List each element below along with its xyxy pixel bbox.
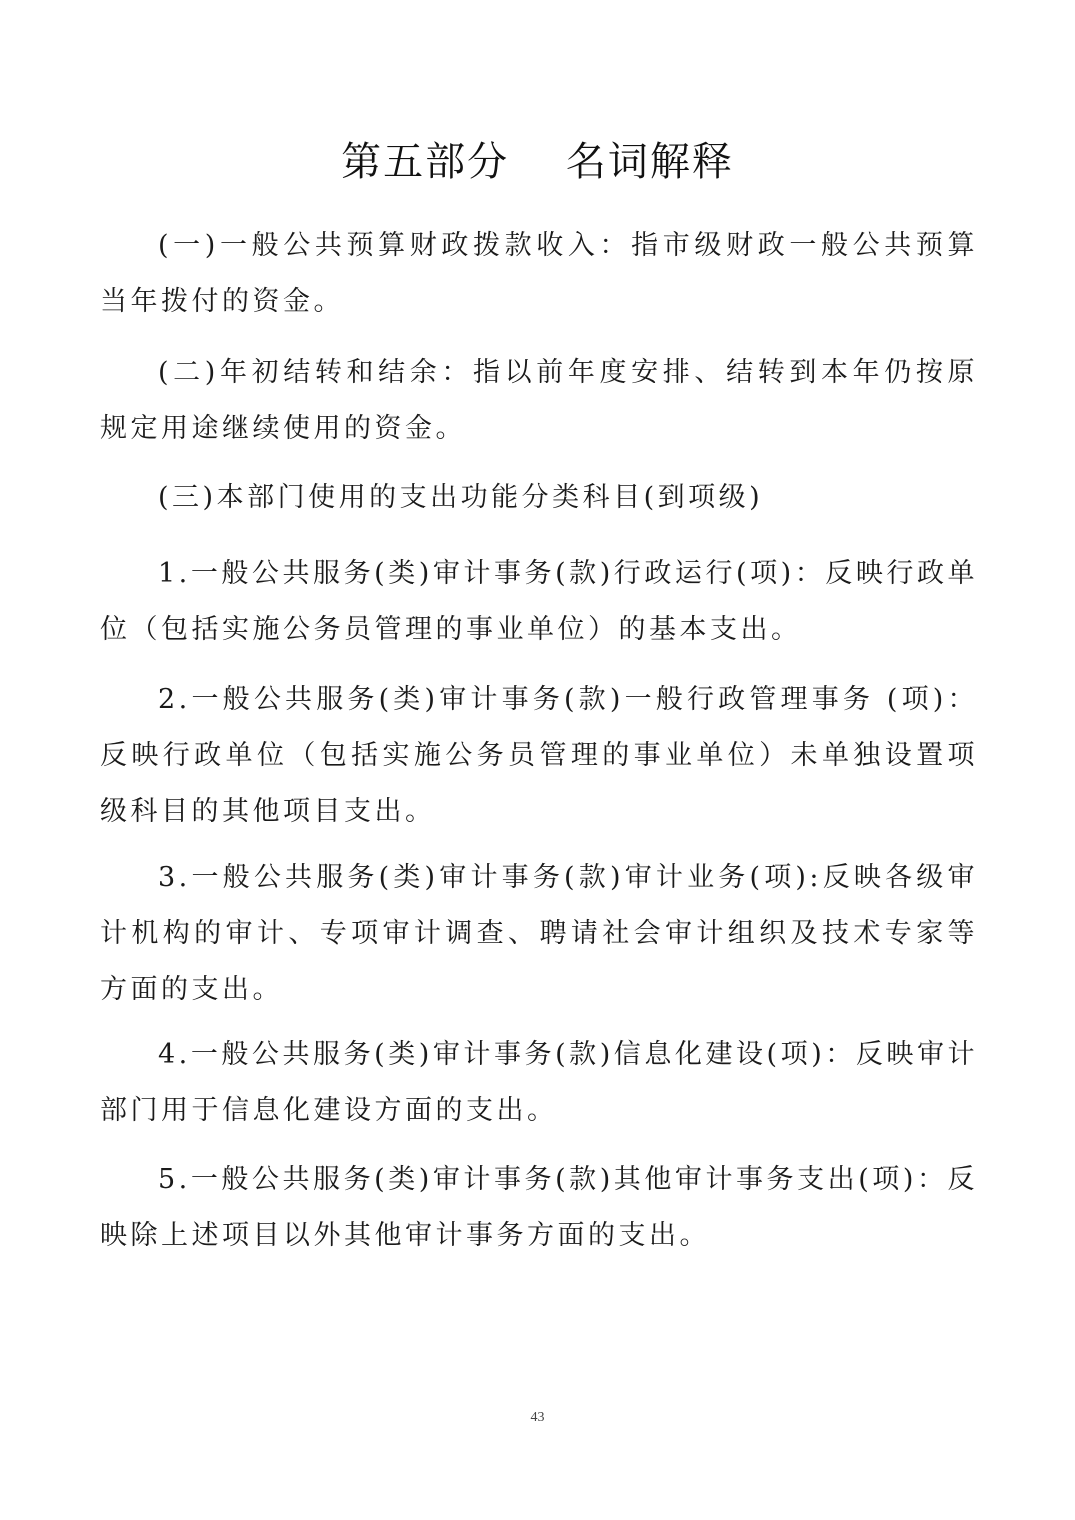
page-title: 第五部分 名词解释 [0,130,1075,187]
paragraph-item-2-general-admin-affairs: 2.一般公共服务(类)审计事务(款)一般行政管理事务 (项)：反映行政单位（包括… [100,672,978,840]
paragraph-general-budget-income: (一)一般公共预算财政拨款收入：指市级财政一般公共预算当年拨付的资金。 [100,218,978,330]
page-number: 43 [0,1410,1075,1426]
paragraph-item-4-informatization: 4.一般公共服务(类)审计事务(款)信息化建设(项)：反映审计部门用于信息化建设… [100,1027,978,1139]
paragraph-item-5-other-audit-expenditure: 5.一般公共服务(类)审计事务(款)其他审计事务支出(项)：反映除上述项目以外其… [100,1152,978,1264]
document-page: 第五部分 名词解释 (一)一般公共预算财政拨款收入：指市级财政一般公共预算当年拨… [0,0,1075,1520]
paragraph-expenditure-categories-heading: (三)本部门使用的支出功能分类科目(到项级) [100,470,978,526]
paragraph-item-1-administrative-operation: 1.一般公共服务(类)审计事务(款)行政运行(项)：反映行政单位（包括实施公务员… [100,546,978,658]
paragraph-carryover-balance: (二)年初结转和结余：指以前年度安排、结转到本年仍按原规定用途继续使用的资金。 [100,345,978,457]
paragraph-item-3-audit-business: 3.一般公共服务(类)审计事务(款)审计业务(项):反映各级审计机构的审计、专项… [100,850,978,1018]
